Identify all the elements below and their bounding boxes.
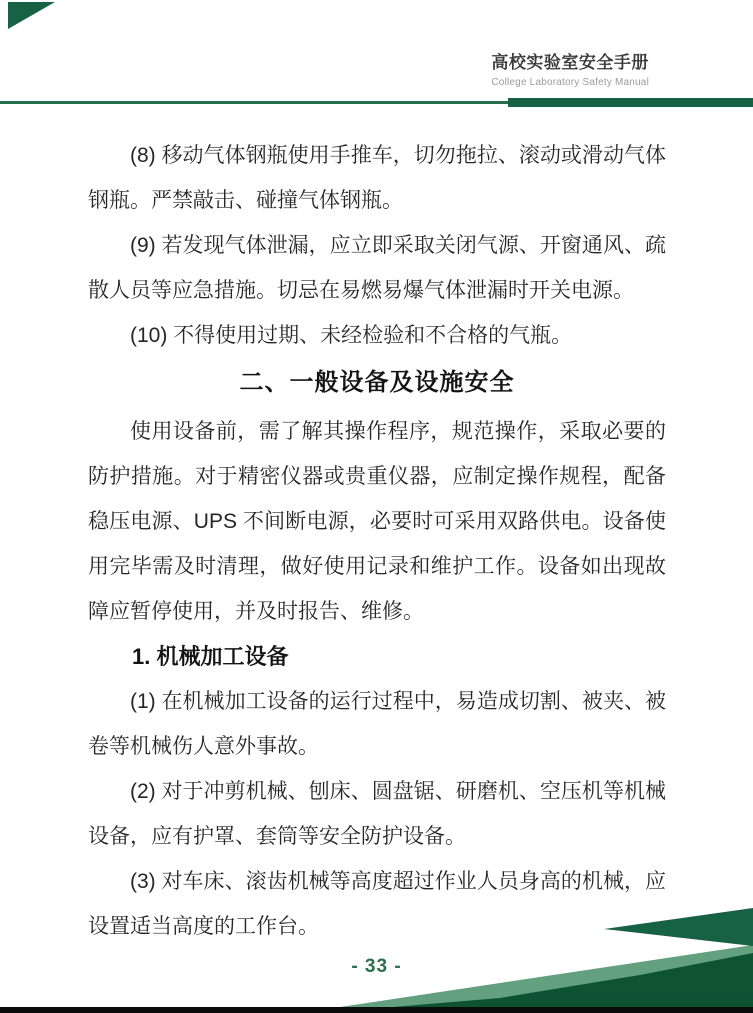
top-left-corner-decoration [8,2,55,29]
paragraph-item-1: (1) 在机械加工设备的运行过程中，易造成切割、被夹、被卷等机械伤人意外事故。 [88,679,666,769]
paragraph-item-9: (9) 若发现气体泄漏，应立即采取关闭气源、开窗通风、疏散人员等应急措施。切忌在… [88,223,666,313]
sub-heading-machining-equipment: 1. 机械加工设备 [88,634,666,679]
header-rule-thick [508,98,753,107]
paragraph-item-3: (3) 对车床、滚齿机械等高度超过作业人员身高的机械，应设置适当高度的工作台。 [88,859,666,949]
manual-page: 高校实验室安全手册 College Laboratory Safety Manu… [0,0,753,1013]
page-body: (8) 移动气体钢瓶使用手推车，切勿拖拉、滚动或滑动气体钢瓶。严禁敲击、碰撞气体… [88,133,666,949]
header-rule-thin [0,101,508,104]
paragraph-item-2: (2) 对于冲剪机械、刨床、圆盘锯、研磨机、空压机等机械设备，应有护罩、套筒等安… [88,769,666,859]
page-header: 高校实验室安全手册 College Laboratory Safety Manu… [491,48,649,88]
manual-subtitle-en: College Laboratory Safety Manual [491,77,649,88]
paragraph-intro: 使用设备前，需了解其操作程序，规范操作，采取必要的防护措施。对于精密仪器或贵重仪… [88,409,666,634]
page-number: - 33 - [0,956,753,978]
manual-title: 高校实验室安全手册 [491,48,649,73]
section-heading-general-equipment: 二、一般设备及设施安全 [88,360,666,407]
paragraph-item-10: (10) 不得使用过期、未经检验和不合格的气瓶。 [88,313,666,358]
bottom-edge-bar [0,1007,753,1013]
paragraph-item-8: (8) 移动气体钢瓶使用手推车，切勿拖拉、滚动或滑动气体钢瓶。严禁敲击、碰撞气体… [88,133,666,223]
